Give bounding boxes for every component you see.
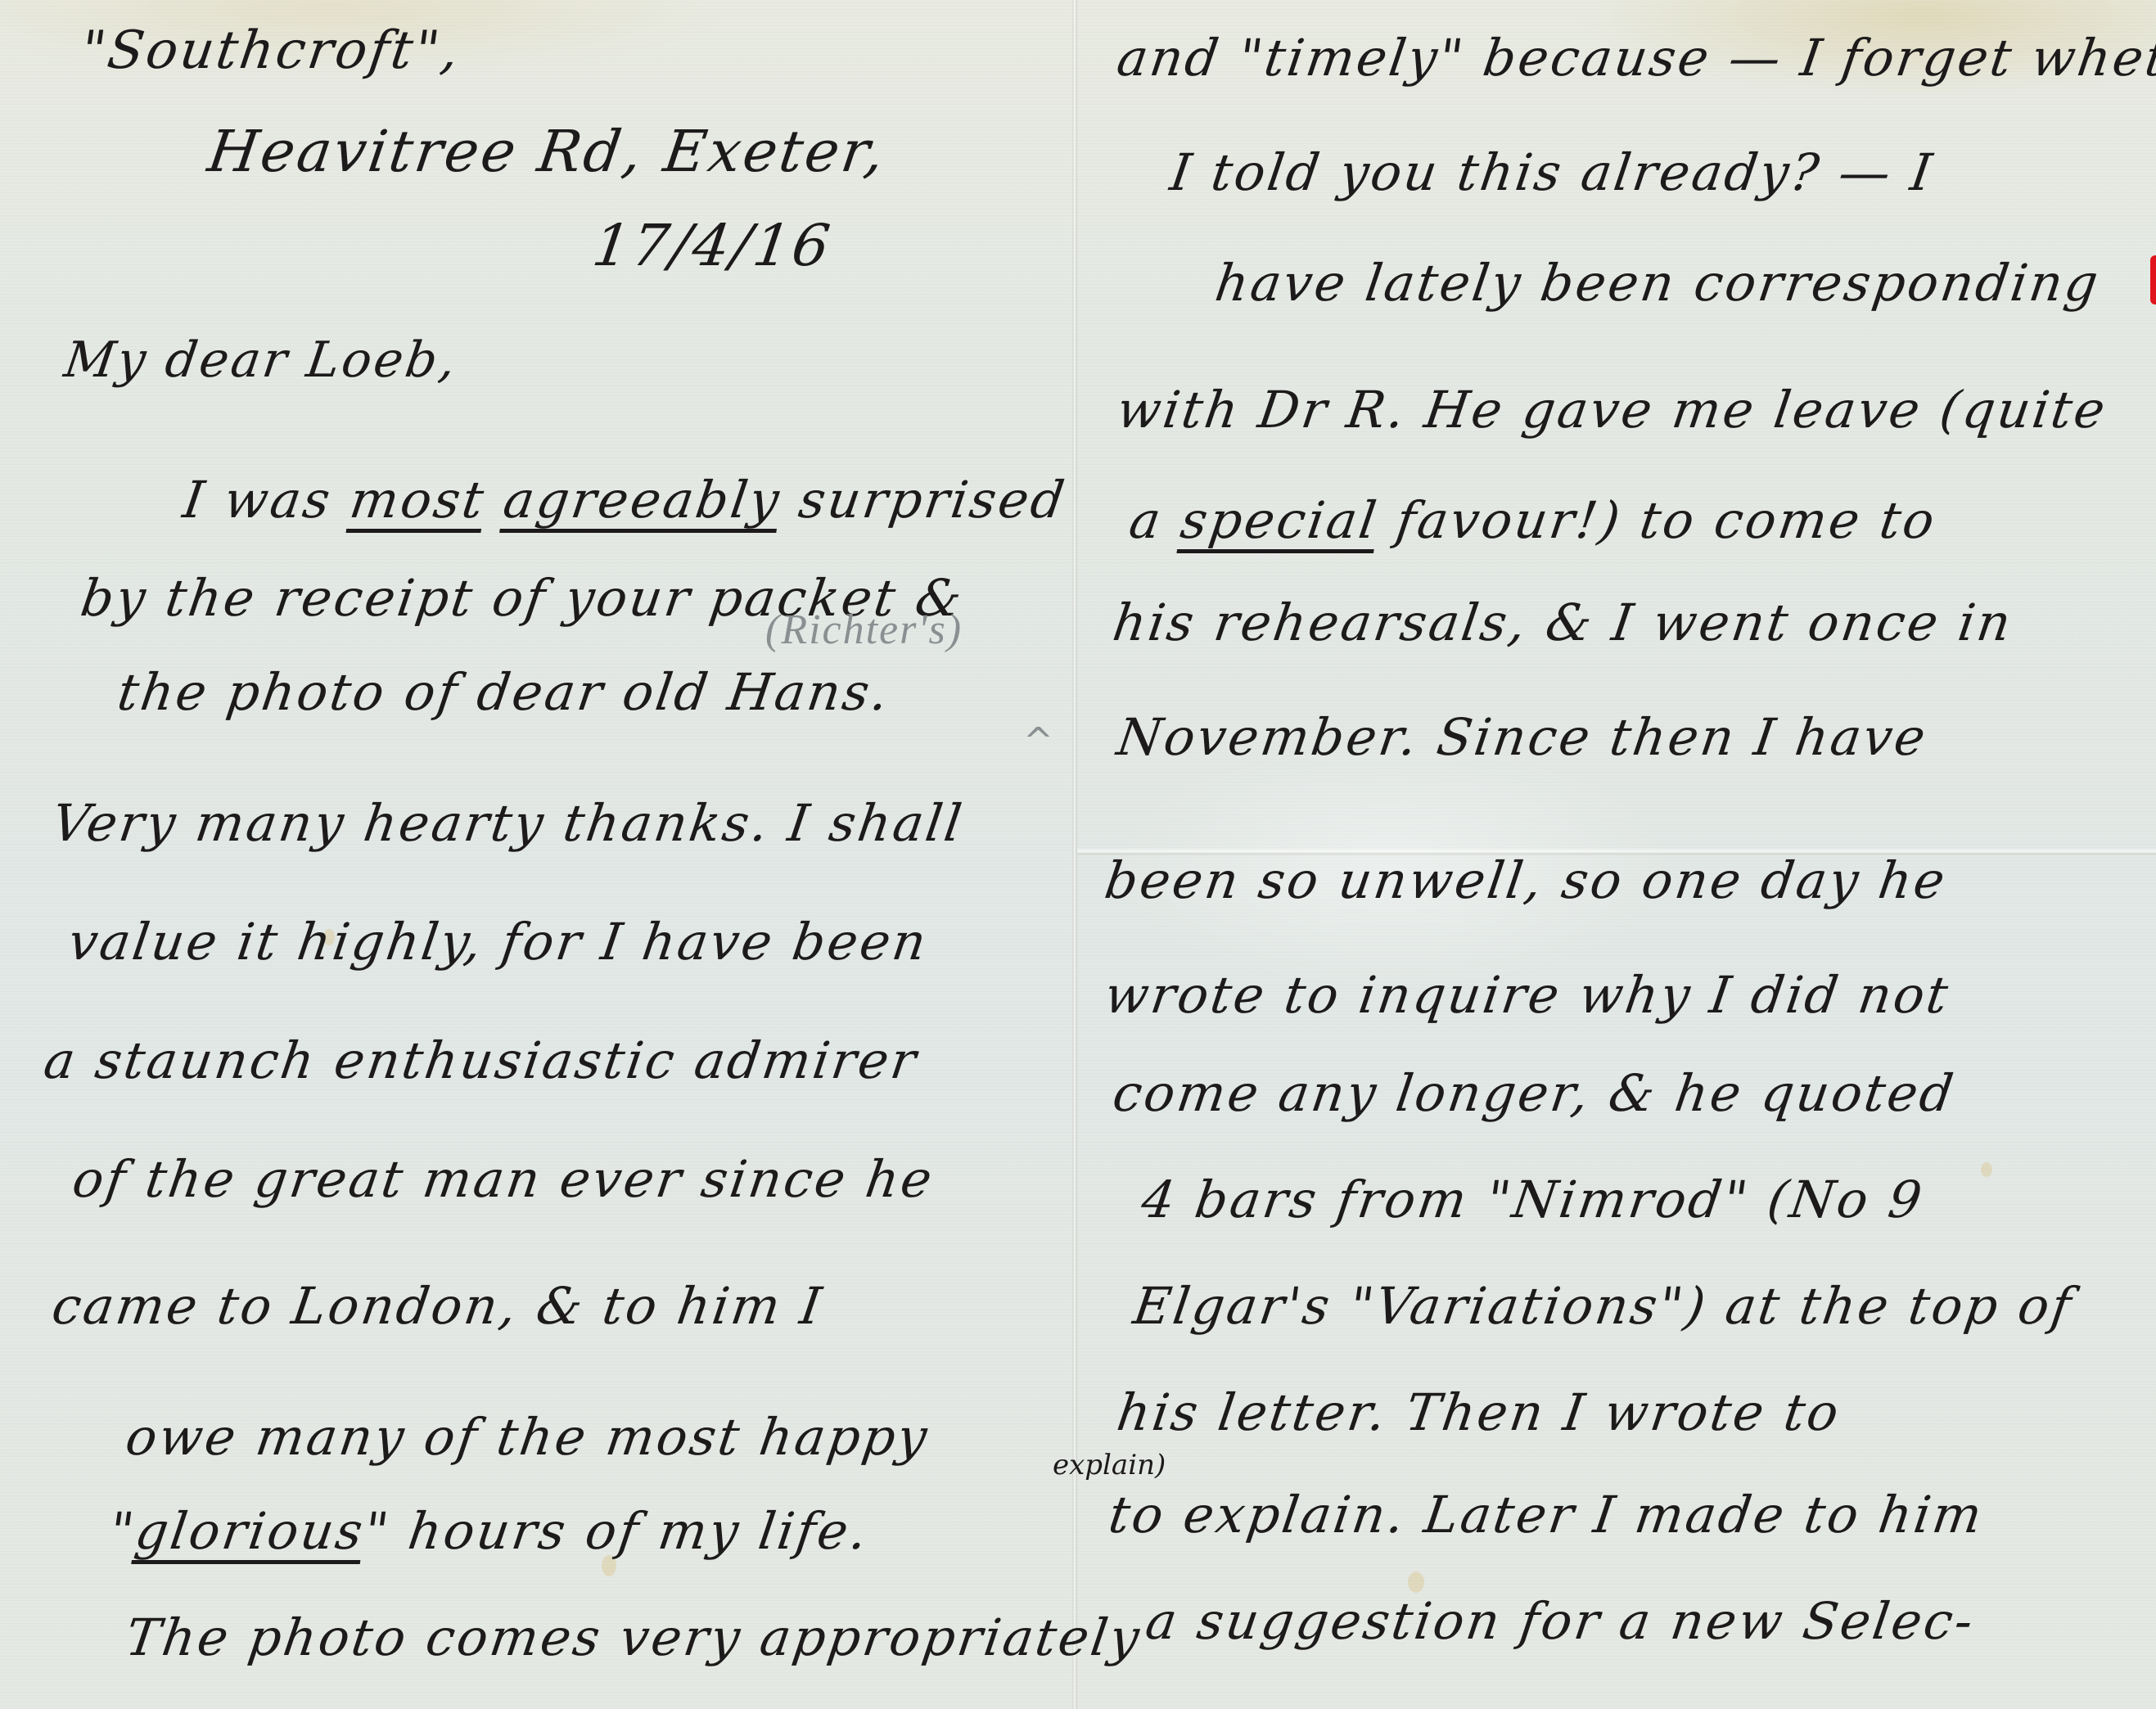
body-line: a suggestion for a new Selec- — [1143, 1596, 1978, 1647]
body-line: owe many of the most happy — [123, 1412, 932, 1463]
body-line: "glorious" hours of my life. — [106, 1506, 873, 1557]
left-page: "Southcroft", Heavitree Rd, Exeter, 17/4… — [0, 0, 1074, 1709]
text-run: I was — [179, 470, 354, 530]
body-line: Very many hearty thanks. I shall — [49, 798, 967, 849]
body-line: come any longer, & he quoted — [1110, 1068, 1959, 1119]
caret-mark: ^ — [1023, 720, 1053, 762]
address-house: "Southcroft", — [78, 25, 464, 77]
body-line: of the great man ever since he — [70, 1154, 937, 1205]
margin-insertion: explain) — [1053, 1449, 1166, 1481]
text-run: favour!) to come to — [1374, 490, 1941, 550]
salutation: My dear Loeb, — [61, 336, 461, 385]
letter-date: 17/4/16 — [589, 217, 836, 274]
pencil-annotation: (Richter's) — [765, 606, 963, 654]
body-line: the photo of dear old Hans. — [115, 667, 894, 718]
body-line: wrote to inquire why I did not — [1102, 970, 1953, 1021]
body-line: a staunch enthusiastic admirer — [41, 1035, 922, 1086]
body-line: came to London, & to him I — [49, 1281, 827, 1332]
body-line: have lately been corresponding — [1212, 258, 2104, 309]
body-line: and "timely" because — I forget whether — [1114, 33, 2156, 83]
body-line: I told you this already? — I — [1167, 147, 1937, 198]
body-line: been so unwell, so one day he — [1102, 855, 1950, 906]
right-page: and "timely" because — I forget whether … — [1077, 0, 2156, 1709]
body-line: with Dr R. He gave me leave (quite — [1114, 385, 2110, 435]
address-street: Heavitree Rd, Exeter, — [205, 123, 890, 180]
body-line: 4 bars from "Nimrod" (No 9 — [1139, 1175, 1927, 1225]
underlined-word: glorious — [132, 1501, 369, 1561]
text-run: surprised — [777, 470, 1071, 530]
letter-scan: "Southcroft", Heavitree Rd, Exeter, 17/4… — [0, 0, 2156, 1709]
body-line: Elgar's "Variations") at the top of — [1130, 1281, 2077, 1332]
body-line: I was most agreeably surprised — [180, 475, 1070, 525]
body-line: to explain. Later I made to him — [1106, 1490, 1987, 1540]
body-line: his rehearsals, & I went once in — [1110, 597, 2016, 648]
underlined-word: agreeably — [500, 470, 785, 530]
body-line: value it highly, for I have been — [65, 917, 931, 967]
body-line: November. Since then I have — [1114, 712, 1931, 763]
body-line: The photo comes very appropriately — [123, 1612, 1144, 1663]
body-line: a special favour!) to come to — [1126, 495, 1940, 546]
underlined-word: most — [346, 470, 489, 530]
body-line: his letter. Then I wrote to — [1114, 1387, 1844, 1438]
text-run: a — [1125, 490, 1185, 550]
underlined-word: special — [1177, 490, 1382, 550]
text-run: " hours of my life. — [360, 1501, 873, 1561]
